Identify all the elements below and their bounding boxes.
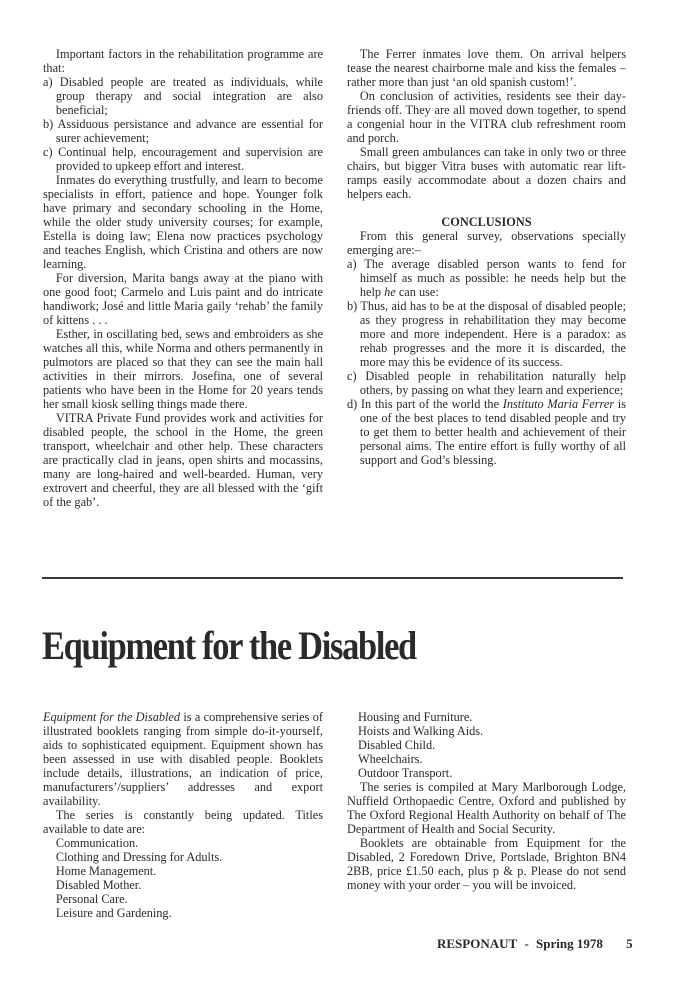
- conclusions-heading: CONCLUSIONS: [347, 215, 626, 229]
- booklet-title: Hoists and Walking Aids.: [358, 724, 626, 738]
- conclusion-item: a) The average disabled person wants to …: [347, 257, 626, 299]
- booklet-title: Leisure and Gardening.: [43, 906, 323, 920]
- list-marker: a): [347, 257, 357, 271]
- top-left-column: Important factors in the rehabilitation …: [43, 47, 323, 509]
- paragraph: Esther, in oscillating bed, sews and emb…: [43, 327, 323, 411]
- footer-separator: -: [524, 936, 528, 952]
- booklet-title: Outdoor Transport.: [358, 766, 626, 780]
- paragraph: The Ferrer inmates love them. On arrival…: [347, 47, 626, 89]
- section-divider: [42, 577, 623, 579]
- booklet-title: Wheelchairs.: [358, 752, 626, 766]
- conclusion-item: b) Thus, aid has to be at the disposal o…: [347, 299, 626, 369]
- page-footer: RESPONAUT - Spring 1978 5: [437, 936, 633, 952]
- page-number: 5: [626, 936, 633, 952]
- top-right-column: The Ferrer inmates love them. On arrival…: [347, 47, 626, 467]
- booklet-title: Personal Care.: [43, 892, 323, 906]
- factors-intro: Important factors in the rehabilitation …: [43, 47, 323, 75]
- list-text: can use:: [396, 285, 439, 299]
- booklet-title: Housing and Furniture.: [358, 710, 626, 724]
- booklet-title: Home Management.: [43, 864, 323, 878]
- paragraph: Small green ambulances can take in only …: [347, 145, 626, 201]
- list-text: Assiduous persistance and advance are es…: [56, 117, 323, 145]
- ordering-paragraph: Booklets are obtainable from Equipment f…: [347, 836, 626, 892]
- emphasis: he: [384, 285, 396, 299]
- booklet-title: Disabled Child.: [358, 738, 626, 752]
- paragraph: Inmates do everything trustfully, and le…: [43, 173, 323, 271]
- emphasis: Equipment for the Disabled: [43, 710, 180, 724]
- booklet-title: Clothing and Dressing for Adults.: [43, 850, 323, 864]
- factor-item: c) Continual help, encouragement and sup…: [43, 145, 323, 173]
- list-marker: c): [347, 369, 357, 383]
- article-intro: Equipment for the Disabled is a comprehe…: [43, 710, 323, 808]
- compiled-paragraph: The series is compiled at Mary Marlborou…: [347, 780, 626, 836]
- list-text: Continual help, encouragement and superv…: [56, 145, 323, 173]
- article-title: Equipment for the Disabled: [42, 622, 416, 669]
- factor-item: a) Disabled people are treated as indivi…: [43, 75, 323, 117]
- issue-date: Spring 1978: [536, 936, 603, 952]
- list-marker: a): [43, 75, 53, 89]
- booklet-title: Disabled Mother.: [43, 878, 323, 892]
- intro-text: is a comprehensive series of illustrated…: [43, 710, 323, 808]
- paragraph: On conclusion of activities, residents s…: [347, 89, 626, 145]
- list-marker: c): [43, 145, 53, 159]
- factor-item: b) Assiduous persistance and advance are…: [43, 117, 323, 145]
- list-marker: b): [43, 117, 53, 131]
- bottom-left-column: Equipment for the Disabled is a comprehe…: [43, 710, 323, 920]
- titles-intro: The series is constantly being updated. …: [43, 808, 323, 836]
- list-marker: d): [347, 397, 357, 411]
- booklet-title: Communication.: [43, 836, 323, 850]
- list-marker: b): [347, 299, 357, 313]
- conclusion-item: c) Disabled people in rehabilitation nat…: [347, 369, 626, 397]
- publication-name: RESPONAUT: [437, 936, 517, 952]
- list-text: In this part of the world the: [361, 397, 503, 411]
- bottom-right-column: Housing and Furniture. Hoists and Walkin…: [358, 710, 626, 892]
- paragraph: For diversion, Marita bangs away at the …: [43, 271, 323, 327]
- list-text: Disabled people in rehabilitation natura…: [360, 369, 626, 397]
- emphasis: Instituto Maria Ferrer: [503, 397, 614, 411]
- conclusion-item: d) In this part of the world the Institu…: [347, 397, 626, 467]
- paragraph: VITRA Private Fund provides work and act…: [43, 411, 323, 509]
- conclusions-intro: From this general survey, observations s…: [347, 229, 626, 257]
- spacer: [347, 201, 626, 215]
- list-text: Disabled people are treated as individua…: [56, 75, 323, 117]
- list-text: Thus, aid has to be at the disposal of d…: [360, 299, 626, 369]
